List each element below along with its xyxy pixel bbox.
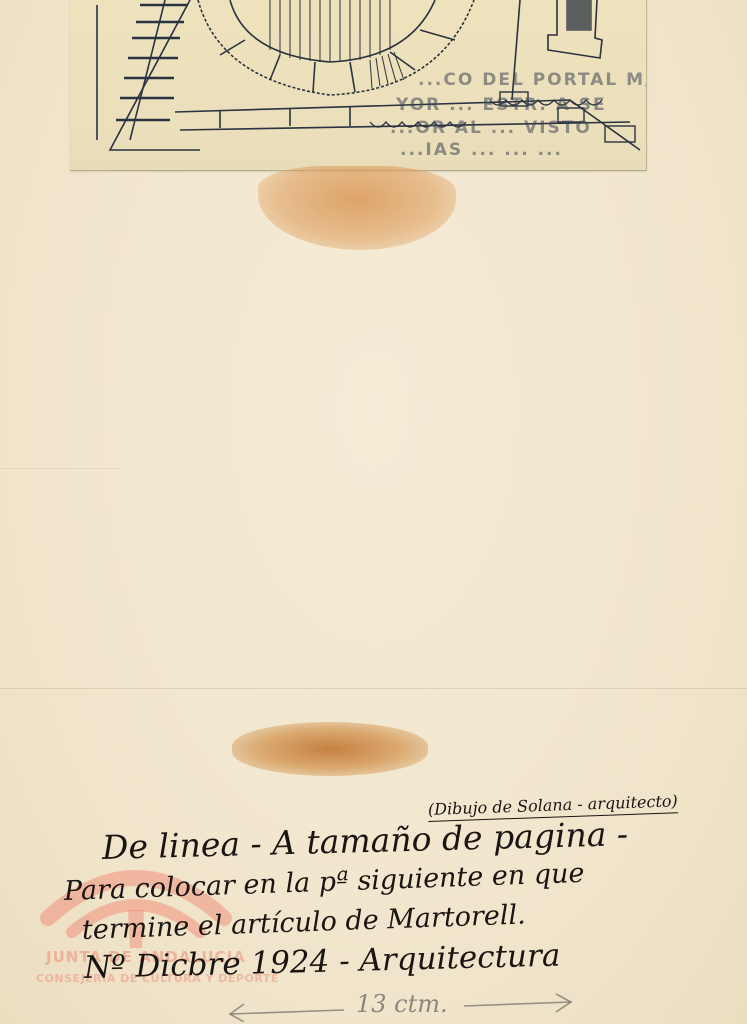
sketch-inscription-line: ...CO DEL PORTAL M/ xyxy=(418,70,647,90)
sketch-inscription-line: ...OR AL ... VISTO xyxy=(390,118,592,138)
measurement-label: 13 ctm. xyxy=(356,990,448,1018)
paper-crease xyxy=(0,688,747,689)
tracing-paper-sketch: ...CO DEL PORTAL M/ YOR ... ESTR. A SE .… xyxy=(70,0,647,171)
paper-crease xyxy=(0,468,120,469)
rust-stain xyxy=(232,722,428,776)
sketch-inscription-line: YOR ... ESTR. A SE xyxy=(396,95,607,115)
sketch-inscription-line: ...IAS ... ... ... xyxy=(400,140,563,160)
pencil-measurement: 13 ctm. xyxy=(226,988,576,1022)
